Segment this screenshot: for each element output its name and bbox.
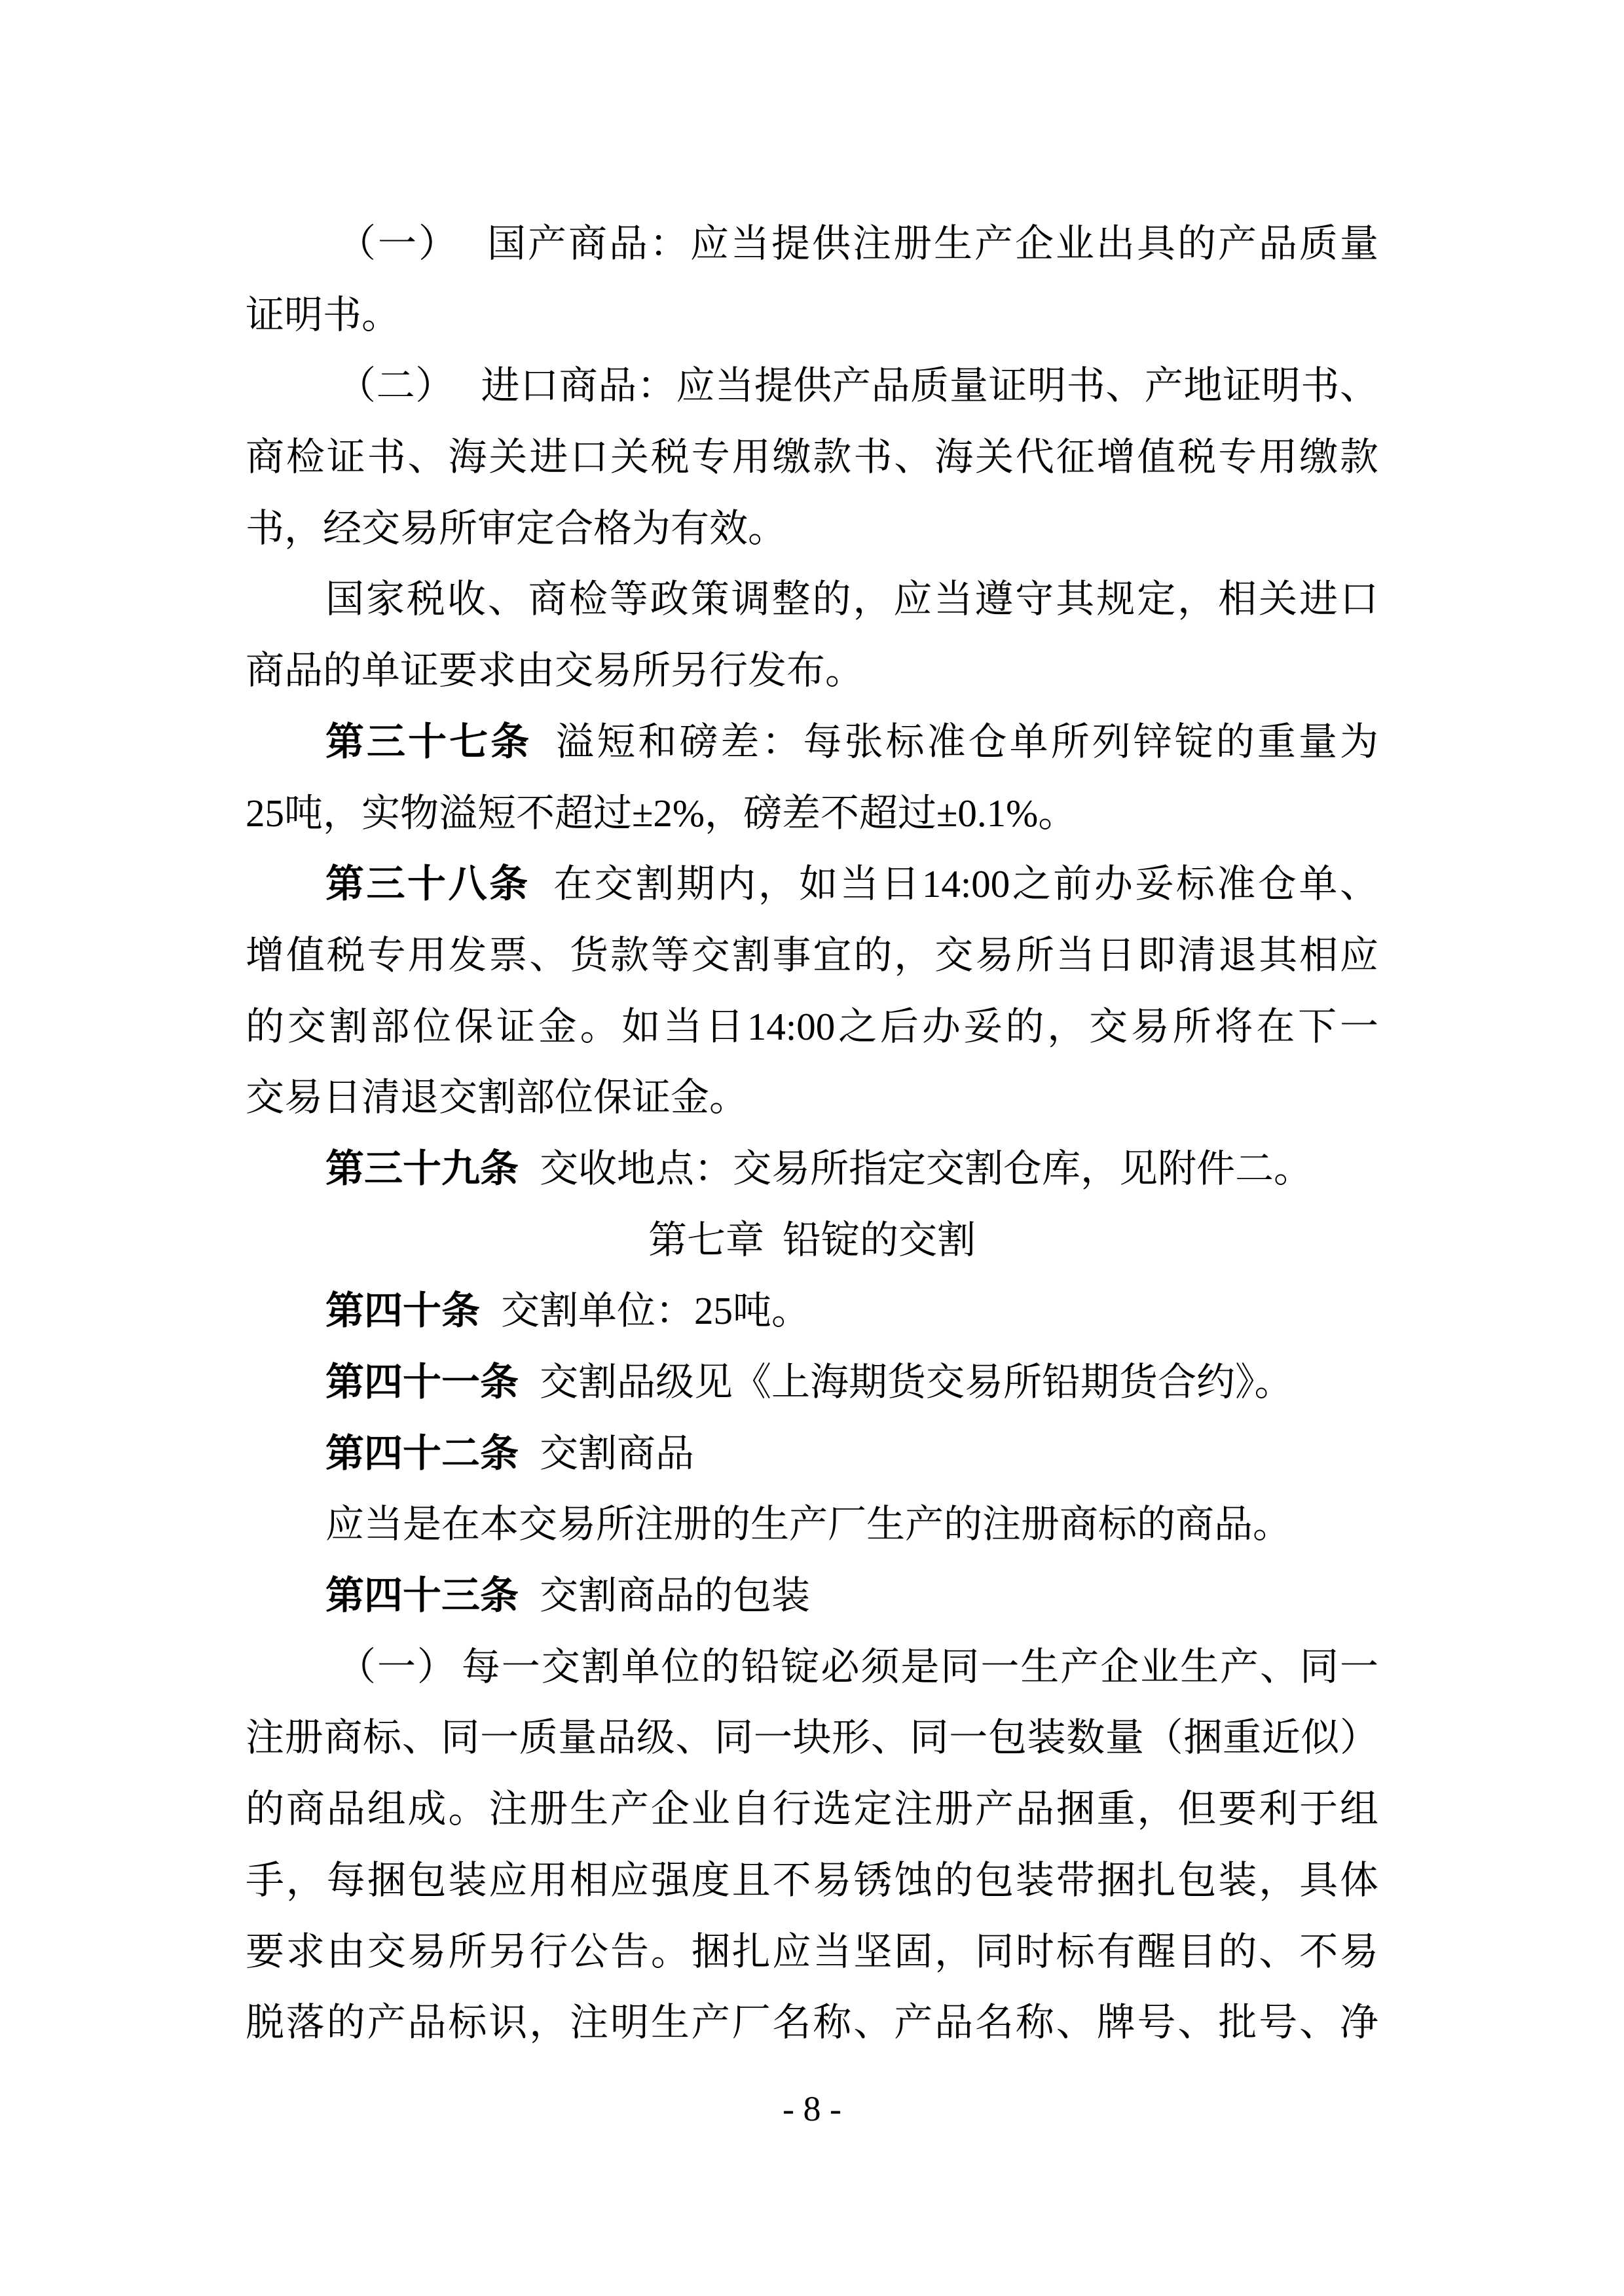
spacer — [454, 398, 481, 399]
article-heading-run: 第三十九条 — [325, 1147, 519, 1190]
text-run: 25吨，实物溢短不超过±2%，磅差不超过±0.1%。 — [246, 792, 1077, 835]
text-line-23: 的商品组成。注册生产企业自行选定注册产品捆重，但要利于组 — [246, 1774, 1378, 1845]
text-run: （二） — [337, 364, 454, 407]
text-line-19: 应当是在本交易所注册的生产厂生产的注册商标的商品。 — [246, 1489, 1378, 1560]
text-line-20: 第四十三条交割商品的包装 — [246, 1560, 1378, 1631]
article-heading-run: 第四十二条 — [325, 1432, 519, 1475]
text-line-22: 注册商标、同一质量品级、同一块形、同一包装数量（捆重近似） — [246, 1702, 1378, 1774]
text-run: 书，经交易所审定合格为有效。 — [246, 507, 786, 550]
text-run: 脱落的产品标识，注明生产厂名称、产品名称、牌号、批号、净 — [246, 2001, 1378, 2044]
spacer — [764, 1252, 783, 1253]
text-line-4: 商检证书、海关进口关税专用缴款书、海关代征增值税专用缴款 — [246, 422, 1378, 493]
text-run: 增值税专用发票、货款等交割事宜的，交易所当日即清退其相应 — [246, 934, 1378, 977]
text-run: 交割商品的包装 — [540, 1574, 810, 1617]
spacer — [530, 896, 551, 897]
text-run: 的商品组成。注册生产企业自行选定注册产品捆重，但要利于组 — [246, 1787, 1378, 1831]
text-run: 铅锭的交割 — [783, 1218, 976, 1262]
text-line-13: 交易日清退交割部位保证金。 — [246, 1062, 1378, 1133]
text-line-7: 商品的单证要求由交易所另行发布。 — [246, 635, 1378, 706]
text-run: （一） — [337, 1645, 457, 1688]
text-run: 的交割部位保证金。如当日14:00之后办妥的，交易所将在下一 — [246, 1005, 1378, 1048]
article-heading-run: 第四十一条 — [325, 1360, 519, 1404]
text-line-16: 第四十条交割单位：25吨。 — [246, 1275, 1378, 1347]
text-run: 商品的单证要求由交易所另行发布。 — [246, 649, 864, 692]
spacer — [519, 1466, 540, 1467]
text-run: 进口商品：应当提供产品质量证明书、产地证明书、 — [481, 364, 1378, 407]
text-run: 交割商品 — [540, 1432, 694, 1475]
text-line-26: 脱落的产品标识，注明生产厂名称、产品名称、牌号、批号、净 — [246, 1987, 1378, 2058]
text-run: 国产商品：应当提供注册生产企业出具的产品质量 — [485, 222, 1378, 265]
spacer — [532, 754, 553, 755]
text-line-25: 要求由交易所另行公告。捆扎应当坚固，同时标有醒目的、不易 — [246, 1916, 1378, 1988]
text-run: 交收地点：交易所指定交割仓库，见附件二。 — [540, 1147, 1312, 1190]
text-line-12: 的交割部位保证金。如当日14:00之后办妥的，交易所将在下一 — [246, 991, 1378, 1063]
text-line-1: （一）国产商品：应当提供注册生产企业出具的产品质量 — [246, 208, 1378, 280]
text-line-24: 手，每捆包装应用相应强度且不易锈蚀的包装带捆扎包装，具体 — [246, 1845, 1378, 1916]
document-page: （一）国产商品：应当提供注册生产企业出具的产品质量证明书。（二）进口商品：应当提… — [0, 0, 1624, 2296]
text-line-9: 25吨，实物溢短不超过±2%，磅差不超过±0.1%。 — [246, 778, 1378, 849]
text-line-10: 第三十八条在交割期内，如当日14:00之前办妥标准仓单、 — [246, 848, 1378, 920]
document-body: （一）国产商品：应当提供注册生产企业出具的产品质量证明书。（二）进口商品：应当提… — [246, 208, 1378, 2058]
article-heading-run: 第三十八条 — [325, 862, 530, 905]
text-line-6: 国家税收、商检等政策调整的，应当遵守其规定，相关进口 — [246, 564, 1378, 635]
text-run: 国家税收、商检等政策调整的，应当遵守其规定，相关进口 — [325, 577, 1378, 621]
text-line-11: 增值税专用发票、货款等交割事宜的，交易所当日即清退其相应 — [246, 920, 1378, 991]
text-run: 每一交割单位的铅锭必须是同一生产企业生产、同一 — [460, 1645, 1378, 1688]
text-run: 溢短和磅差：每张标准仓单所列锌锭的重量为 — [553, 720, 1378, 763]
text-run: 证明书。 — [246, 293, 400, 337]
text-run: 在交割期内，如当日14:00之前办妥标准仓单、 — [551, 862, 1378, 905]
text-run: 要求由交易所另行公告。捆扎应当坚固，同时标有醒目的、不易 — [246, 1930, 1378, 1973]
text-line-14: 第三十九条交收地点：交易所指定交割仓库，见附件二。 — [246, 1133, 1378, 1205]
text-run: 交割品级见《上海期货交易所铅期货合约》。 — [540, 1360, 1293, 1404]
page-number: - 8 - — [0, 2086, 1624, 2132]
text-run: 交割单位：25吨。 — [501, 1289, 810, 1332]
article-heading-run: 第三十七条 — [325, 720, 532, 763]
spacer — [519, 1394, 540, 1395]
text-run: （一） — [337, 222, 459, 265]
article-heading-run: 第四十三条 — [325, 1574, 519, 1617]
spacer — [480, 1323, 501, 1324]
text-line-2: 证明书。 — [246, 280, 1378, 351]
spacer — [519, 1608, 540, 1609]
spacer — [519, 1181, 540, 1182]
text-line-5: 书，经交易所审定合格为有效。 — [246, 493, 1378, 564]
article-heading-run: 第四十条 — [325, 1289, 480, 1332]
text-run: 交易日清退交割部位保证金。 — [246, 1076, 748, 1119]
text-line-21: （一）每一交割单位的铅锭必须是同一生产企业生产、同一 — [246, 1631, 1378, 1703]
text-run: 商检证书、海关进口关税专用缴款书、海关代征增值税专用缴款 — [246, 435, 1378, 479]
text-run: 第七章 — [648, 1218, 764, 1262]
text-run: 应当是在本交易所注册的生产厂生产的注册商标的商品。 — [325, 1503, 1291, 1546]
text-run: 注册商标、同一质量品级、同一块形、同一包装数量（捆重近似） — [246, 1716, 1378, 1759]
text-line-17: 第四十一条交割品级见《上海期货交易所铅期货合约》。 — [246, 1347, 1378, 1418]
text-run: 手，每捆包装应用相应强度且不易锈蚀的包装带捆扎包装，具体 — [246, 1859, 1378, 1902]
text-line-15: 第七章铅锭的交割 — [246, 1205, 1378, 1276]
text-line-8: 第三十七条溢短和磅差：每张标准仓单所列锌锭的重量为 — [246, 706, 1378, 778]
spacer — [459, 256, 485, 257]
text-line-18: 第四十二条交割商品 — [246, 1418, 1378, 1489]
text-line-3: （二）进口商品：应当提供产品质量证明书、产地证明书、 — [246, 350, 1378, 422]
